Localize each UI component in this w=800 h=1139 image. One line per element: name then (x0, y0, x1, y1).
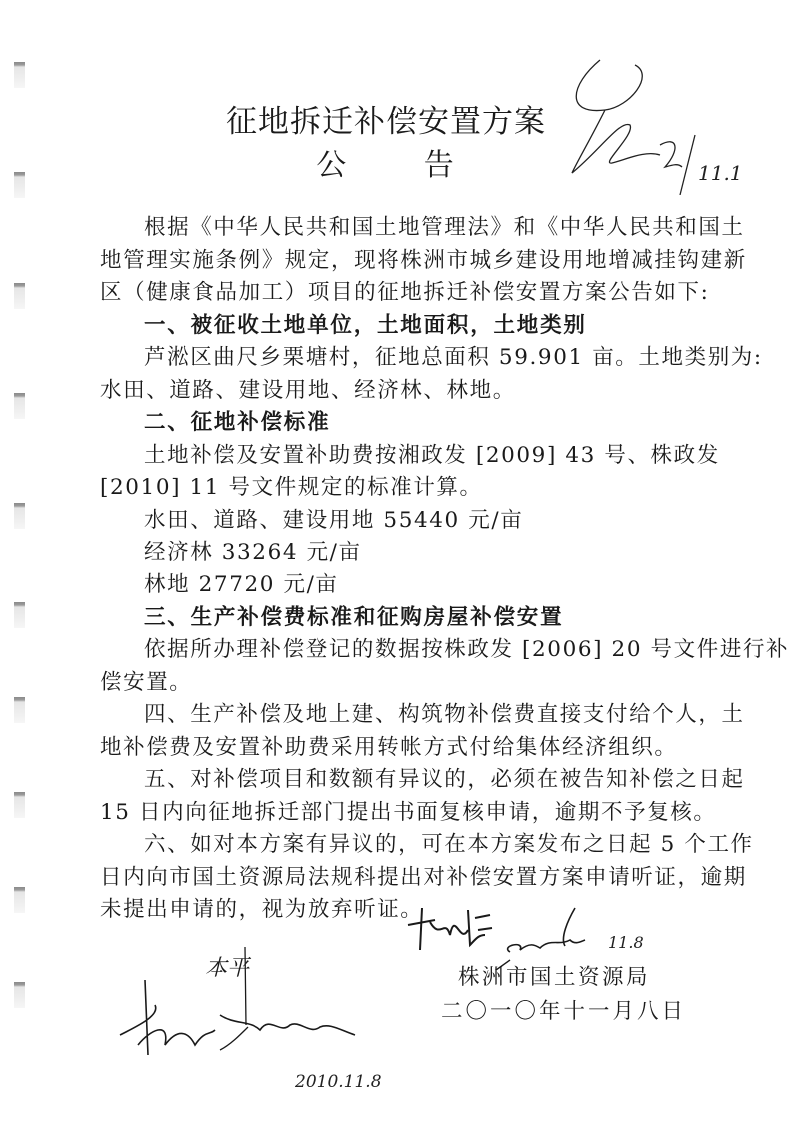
svg-text:11.16: 11.16 (698, 161, 740, 185)
binder-hole-mark (14, 393, 25, 419)
binder-hole-mark (14, 503, 25, 529)
handwritten-signature-top-right: 11.16 (560, 55, 740, 195)
svg-text:2010.11.8: 2010.11.8 (294, 1072, 382, 1092)
scanned-document-page: 征地拆迁补偿安置方案 公 告 11.16 根据《中华人民共和国土地管理法》和《中… (0, 0, 800, 1139)
issue-date: 二〇一〇年十一月八日 (441, 994, 686, 1025)
handwritten-note-bottom-left: 本平 2010.11.8 (100, 935, 400, 1105)
rate-forest-land: 林地 27720 元/亩 (144, 571, 339, 599)
rate-paddy-road-construction: 水田、道路、建设用地 55440 元/亩 (144, 507, 523, 535)
binder-hole-mark (14, 887, 25, 913)
text-line: 土地补偿及安置补助费按湘政发 [2009] 43 号、株政发 (144, 442, 710, 470)
section-heading-2: 二、征地补偿标准 (144, 409, 330, 437)
binder-hole-mark (14, 602, 25, 628)
text-line: 五、对补偿项目和数额有异议的，必须在被告知补偿之日起 (144, 766, 710, 794)
section-heading-1: 一、被征收土地单位，土地面积，土地类别 (144, 312, 587, 340)
text-line: 地管理实施条例》规定，现将株洲市城乡建设用地增减挂钩建新 (100, 247, 710, 275)
section-heading-3: 三、生产补偿费标准和征购房屋补偿安置 (144, 604, 563, 632)
binder-hole-mark (14, 62, 25, 88)
text-line: 水田、道路、建设用地、经济林、林地。 (100, 377, 710, 405)
binder-hole-mark (14, 697, 25, 723)
rate-economic-forest: 经济林 33264 元/亩 (144, 539, 362, 567)
binder-hole-mark (14, 982, 25, 1008)
text-line: 芦淞区曲尺乡栗塘村，征地总面积 59.901 亩。土地类别为: (144, 344, 710, 372)
text-line: [2010] 11 号文件规定的标准计算。 (100, 474, 710, 502)
text-line: 地补偿费及安置补助费采用转帐方式付给集体经济组织。 (100, 734, 710, 762)
text-line: 四、生产补偿及地上建、构筑物补偿费直接支付给个人，土 (144, 701, 710, 729)
text-line: 日内向市国土资源局法规科提出对补偿安置方案申请听证，逾期 (100, 864, 710, 892)
text-line: 15 日内向征地拆迁部门提出书面复核申请，逾期不予复核。 (100, 799, 710, 827)
text-line: 区（健康食品加工）项目的征地拆迁补偿安置方案公告如下: (100, 279, 710, 307)
binder-hole-mark (14, 792, 25, 818)
binder-hole-mark (14, 283, 25, 309)
svg-text:11.8: 11.8 (608, 933, 644, 952)
text-line: 偿安置。 (100, 669, 710, 697)
text-line: 六、如对本方案有异议的，可在本方案发布之日起 5 个工作 (144, 831, 710, 859)
text-line: 依据所办理补偿登记的数据按株政发 [2006] 20 号文件进行补 (144, 636, 710, 664)
issuer-name: 株洲市国土资源局 (458, 960, 650, 991)
text-line: 根据《中华人民共和国土地管理法》和《中华人民共和国土 (144, 214, 710, 242)
